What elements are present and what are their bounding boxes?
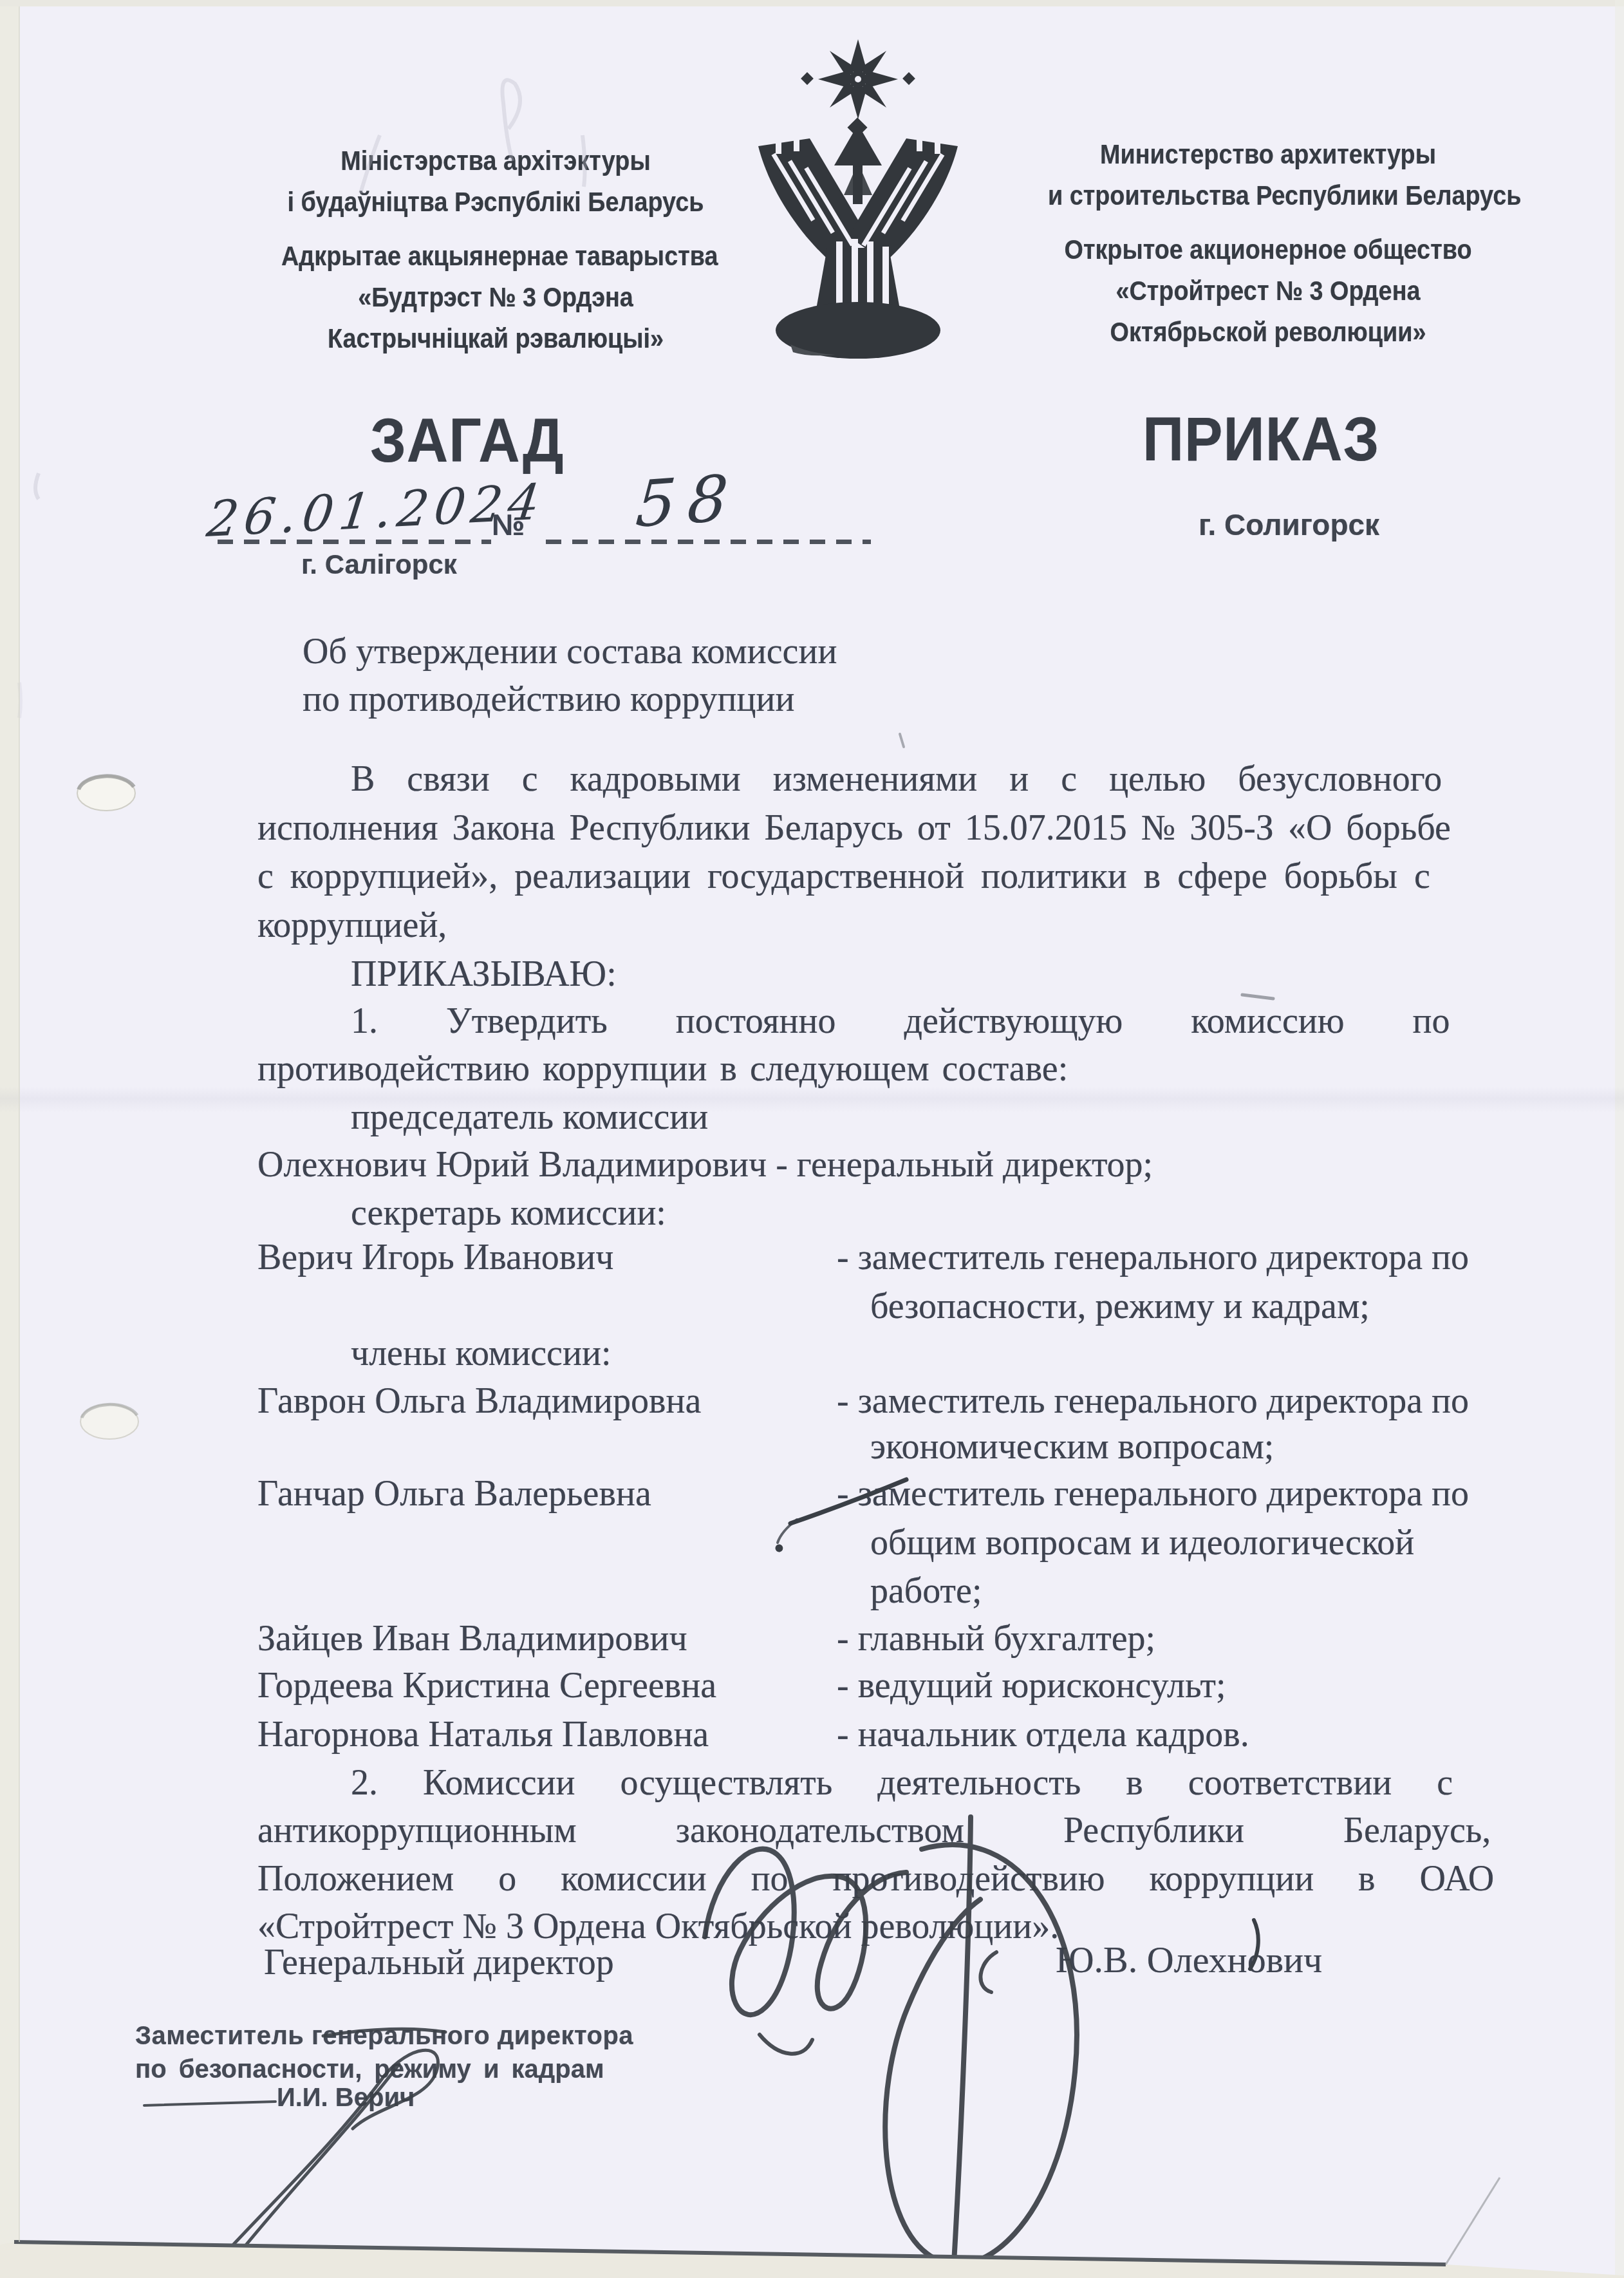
city-label-by: г. Салігорск xyxy=(301,550,457,579)
ministry-name-ru: и строительства Республики Беларусь xyxy=(1048,175,1488,216)
members-label: члены комиссии: xyxy=(351,1334,611,1374)
item1-line: противодействию коррупции в следующем со… xyxy=(257,1050,1068,1089)
doc-type-title-ru: ПРИКАЗ xyxy=(1143,404,1379,475)
deputy-name: И.И. Верич xyxy=(277,2084,415,2112)
member-name: Ганчар Ольга Валерьевна xyxy=(257,1474,651,1514)
item2-line: антикоррупционным законодательством Респ… xyxy=(257,1811,1491,1851)
doc-type-title-by: ЗАГАД xyxy=(370,406,564,476)
member-duty: общим вопросам и идеологической xyxy=(870,1523,1414,1563)
deputy-title: Заместитель генерального директора xyxy=(135,2022,633,2050)
subject-line: Об утверждении состава комиссии xyxy=(303,632,837,672)
member-name: Верич Игорь Иванович xyxy=(257,1238,613,1278)
preamble-line: исполнения Закона Республики Беларусь от… xyxy=(257,809,1451,849)
director-name: Ю.В. Олехнович xyxy=(1056,1939,1322,1981)
member-name: Гаврон Ольга Владимировна xyxy=(257,1382,701,1422)
ministry-name-by: Міністэрства архітэктуры xyxy=(281,140,710,182)
ministry-name-ru: Министерство архитектуры xyxy=(1048,134,1488,175)
preamble-line: с коррупцией», реализации государственно… xyxy=(257,857,1430,897)
letterhead-right: Министерство архитектуры и строительства… xyxy=(1023,134,1513,353)
item1-line: 1. Утвердить постоянно действующую комис… xyxy=(351,1002,1450,1042)
org-name-ru: Октябрьской революции» xyxy=(1048,312,1488,353)
order-word: ПРИКАЗЫВАЮ: xyxy=(351,955,617,995)
city-label-ru: г. Солигорск xyxy=(1199,509,1379,541)
company-logo-icon xyxy=(729,29,987,390)
secretary-label: секретарь комиссии: xyxy=(351,1194,666,1234)
item2-line: «Стройтрест № 3 Ордена Октябрьской револ… xyxy=(257,1907,1059,1947)
member-name: Гордеева Кристина Сергеевна xyxy=(257,1666,716,1706)
paper-fold-crease xyxy=(0,1087,1624,1113)
preamble-line: коррупцией, xyxy=(257,906,447,946)
org-name-ru: «Стройтрест № 3 Ордена xyxy=(1048,270,1488,312)
member-duty: - заместитель генерального директора по xyxy=(837,1382,1469,1422)
number-dashed-line xyxy=(546,540,871,544)
member-duty: - начальник отдела кадров. xyxy=(837,1715,1249,1755)
scan-edge-top xyxy=(0,0,1624,6)
scanned-order-document: Міністэрства архітэктуры і будаўніцтва Р… xyxy=(0,0,1624,2278)
handwritten-number: 58 xyxy=(633,461,742,542)
ministry-name-by: і будаўніцтва Рэспублікі Беларусь xyxy=(281,182,710,223)
member-name: Зайцев Иван Владимирович xyxy=(257,1619,687,1659)
member-duty: экономическим вопросам; xyxy=(870,1427,1274,1467)
scan-edge-left xyxy=(0,0,19,2278)
org-type-ru: Открытое акционерное общество xyxy=(1048,229,1488,270)
member-duty: работе; xyxy=(870,1572,982,1612)
item2-line: Положением о комиссии по противодействию… xyxy=(257,1859,1494,1899)
org-name-by: «Будтрэст № 3 Ордэна xyxy=(281,277,710,318)
member-duty: - заместитель генерального директора по xyxy=(837,1474,1469,1514)
member-duty: - заместитель генерального директора по xyxy=(837,1238,1469,1278)
member-duty: - главный бухгалтер; xyxy=(837,1619,1155,1659)
org-name-by: Кастрычніцкай рэвалюцыі» xyxy=(281,318,710,359)
org-type-by: Адкрытае акцыянернае таварыства xyxy=(281,236,710,277)
letterhead-left: Міністэрства архітэктуры і будаўніцтва Р… xyxy=(257,140,734,359)
member-duty: безопасности, режиму и кадрам; xyxy=(870,1287,1370,1327)
member-name: Нагорнова Наталья Павловна xyxy=(257,1715,709,1755)
director-title: Генеральный директор xyxy=(264,1943,614,1983)
scan-edge-right xyxy=(1615,0,1624,2278)
preamble-line: В связи с кадровыми изменениями и с цель… xyxy=(351,760,1442,800)
subject-line: по противодействию коррупции xyxy=(303,680,794,720)
number-sign: № xyxy=(492,509,525,541)
member-duty: - ведущий юрисконсульт; xyxy=(837,1666,1226,1706)
chair-row: Олехнович Юрий Владимирович - генеральны… xyxy=(257,1145,1153,1185)
date-dashed-line xyxy=(218,540,491,544)
chair-label: председатель комиссии xyxy=(351,1098,708,1138)
deputy-title: по безопасности, режиму и кадрам xyxy=(135,2055,604,2084)
item2-line: 2. Комиссии осуществлять деятельность в … xyxy=(351,1764,1453,1803)
